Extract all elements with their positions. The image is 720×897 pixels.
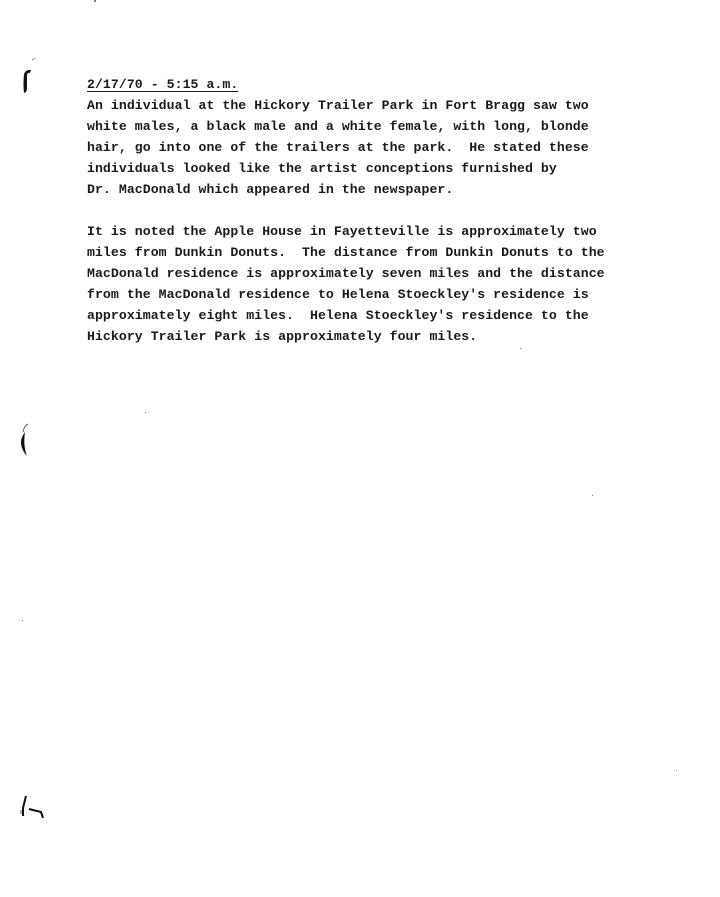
text-line: miles from Dunkin Donuts. The distance f… (87, 242, 605, 263)
entry-heading: 2/17/70 - 5:15 a.m. (87, 74, 238, 95)
text-line: individuals looked like the artist conce… (87, 158, 589, 179)
scan-speck (145, 412, 146, 413)
paragraph-sighting: An individual at the Hickory Trailer Par… (87, 95, 589, 200)
text-line: hair, go into one of the trailers at the… (87, 137, 589, 158)
scan-speck (94, 0, 96, 2)
scan-speck (676, 770, 677, 771)
paragraph-distances: It is noted the Apple House in Fayettevi… (87, 221, 605, 347)
text-line: white males, a black male and a white fe… (87, 116, 589, 137)
text-line: MacDonald residence is approximately sev… (87, 263, 605, 284)
text-line: from the MacDonald residence to Helena S… (87, 284, 605, 305)
text-line: It is noted the Apple House in Fayettevi… (87, 221, 605, 242)
document-page: 2/17/70 - 5:15 a.m. An individual at the… (0, 0, 720, 897)
scan-speck (592, 495, 593, 496)
text-line: Hickory Trailer Park is approximately fo… (87, 326, 605, 347)
hole-punch-mark-bottom (16, 794, 48, 824)
hole-punch-mark-top (18, 58, 42, 100)
scan-speck (22, 620, 23, 621)
scan-speck (520, 348, 521, 349)
text-line: approximately eight miles. Helena Stoeck… (87, 305, 605, 326)
text-line: An individual at the Hickory Trailer Par… (87, 95, 589, 116)
text-line: Dr. MacDonald which appeared in the news… (87, 179, 589, 200)
hole-punch-mark-middle (16, 420, 36, 460)
